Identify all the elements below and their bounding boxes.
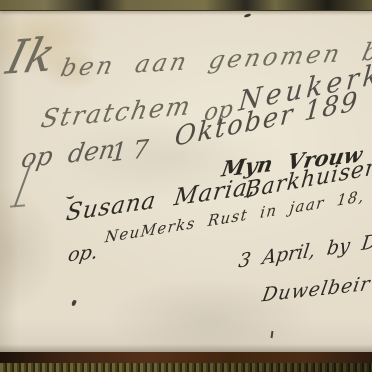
wood-shadow: [0, 363, 372, 372]
book-top-edge: [0, 0, 372, 11]
paper-bottom-shadow: [0, 344, 372, 352]
handwriting-line6-op: op.: [67, 243, 100, 266]
handwriting-line3-day: 17: [110, 135, 155, 165]
manuscript-photo: Ik ben aan genomen by Stratchem op Neuke…: [0, 0, 372, 372]
book-bottom-edge: [0, 352, 372, 363]
